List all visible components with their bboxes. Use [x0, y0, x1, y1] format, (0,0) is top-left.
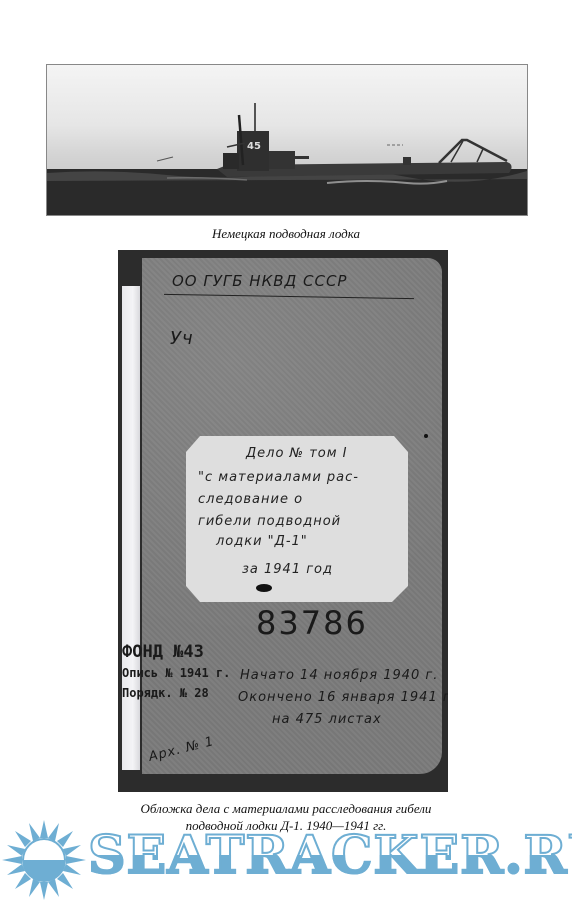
started-date: Начато 14 ноября 1940 г.: [240, 668, 438, 683]
case-number: 83786: [256, 604, 368, 642]
fond-stamp: ФОНД №43: [122, 642, 204, 662]
ended-date: Окончено 16 января 1941 г.: [238, 690, 448, 705]
watermark-text: SEATRACKER.RU: [88, 826, 572, 886]
caption-line-1: Обложка дела с материалами расследования…: [0, 800, 572, 817]
folder-cover: ОО ГУГБ НКВД СССР Уч Дело № том I "с мат…: [142, 258, 442, 774]
case-folder-photo: ОО ГУГБ НКВД СССР Уч Дело № том I "с мат…: [118, 250, 448, 792]
label-line: "с материалами рас-: [198, 470, 359, 485]
svg-text:45: 45: [247, 141, 261, 152]
submarine-silhouette: 45: [47, 65, 527, 215]
case-label: Дело № том I "с материалами рас- следова…: [186, 436, 408, 602]
header-handwriting: ОО ГУГБ НКВД СССР: [172, 272, 347, 290]
ink-blot: [256, 584, 272, 592]
seatracker-watermark: SEATRACKER.RU: [0, 820, 572, 904]
header-underline: [164, 294, 414, 299]
opis-stamp: Опись № 1941 г.: [122, 666, 230, 680]
ink-dot: [424, 434, 428, 438]
delo-stamp: Порядк. № 28: [122, 686, 209, 700]
archive-mark: Арх. № 1: [147, 734, 216, 765]
sheet-count: на 475 листах: [272, 712, 382, 727]
label-line: Дело № том I: [246, 446, 348, 461]
label-line: следование о: [198, 492, 303, 507]
label-line: гибели подводной: [198, 514, 341, 529]
submarine-photo: 45: [46, 64, 528, 216]
label-line: лодки "Д-1": [216, 534, 308, 549]
sun-logo-icon: [0, 820, 90, 904]
figure1-caption: Немецкая подводная лодка: [0, 226, 572, 242]
corner-mark: Уч: [170, 328, 194, 349]
label-line: за 1941 год: [242, 562, 333, 577]
